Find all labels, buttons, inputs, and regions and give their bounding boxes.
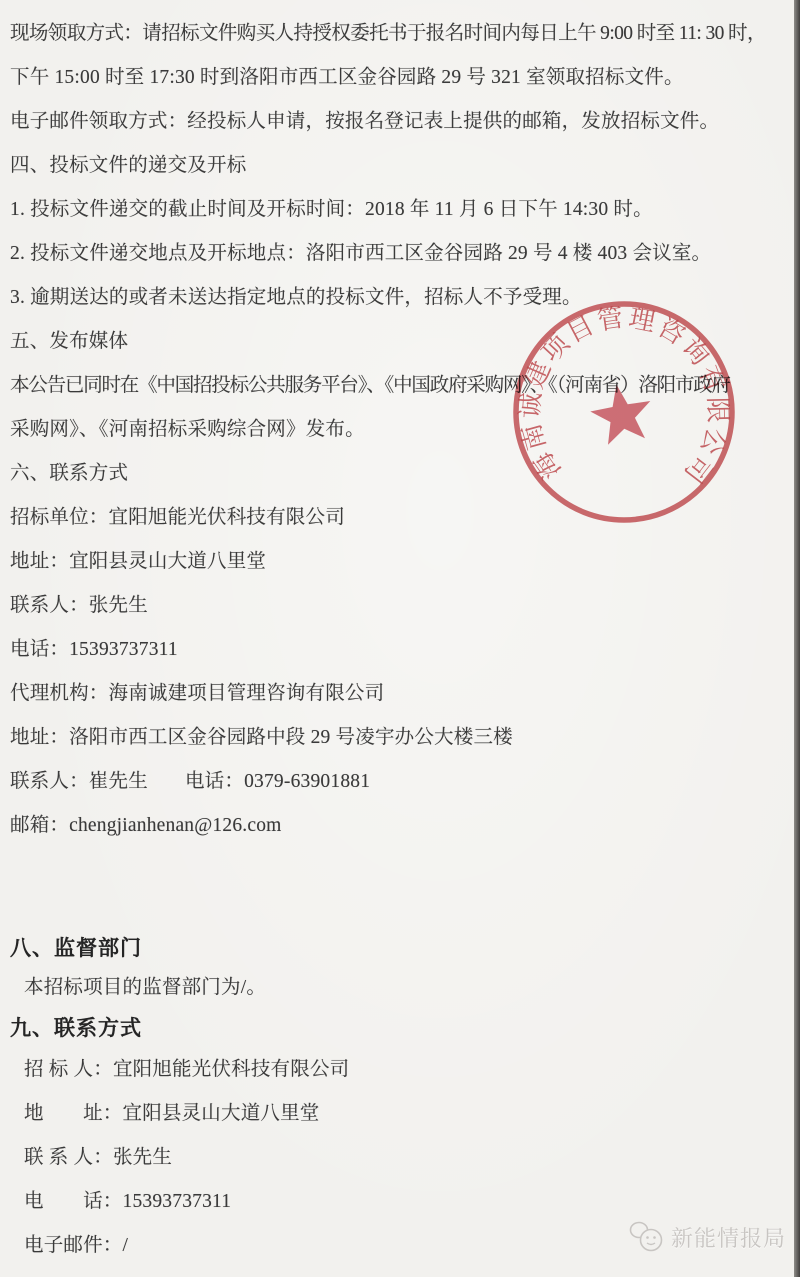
bidder-address-row: 地 址：宜阳县灵山大道八里堂 [24,1092,800,1136]
onsite-collection-line2: 下午 15:00 时至 17:30 时到洛阳市西工区金谷园路 29 号 321 … [10,56,800,100]
watermark-label: 新能情报局 [671,1222,786,1253]
xinneng-logo-icon [628,1220,666,1254]
section5-heading: 五、发布媒体 [10,320,800,364]
tender-address-row: 地址：宜阳县灵山大道八里堂 [10,540,800,584]
section5-body-line2: 采购网》、《河南招标采购综合网》发布。 [10,408,800,452]
bidder-contact-row: 联 系 人：张先生 [24,1136,800,1180]
agency-name-row: 代理机构：海南诚建项目管理咨询有限公司 [10,672,800,716]
agency-phone-label: 电话：0379-63901881 [185,771,370,792]
bidder-phone-row: 电 话：15393737311 [24,1180,800,1224]
section4-item-2: 2. 投标文件递交地点及开标地点：洛阳市西工区金谷园路 29 号 4 楼 403… [10,232,800,276]
agency-contact-phone-row: 联系人：崔先生 电话：0379-63901881 [10,760,800,804]
section6-heading: 六、联系方式 [10,452,800,496]
agency-contact-label: 联系人：崔先生 [10,771,148,792]
section4-item-3: 3. 逾期送达的或者未送达指定地点的投标文件，招标人不予受理。 [10,276,800,320]
section5-body-line1: 本公告已同时在《中国招投标公共服务平台》、《中国政府采购网》、《（河南省）洛阳市… [10,364,800,408]
bidder-name-row: 招 标 人：宜阳旭能光伏科技有限公司 [24,1048,800,1092]
section8-heading: 八、监督部门 [10,928,800,968]
section4-item-1: 1. 投标文件递交的截止时间及开标时间：2018 年 11 月 6 日下午 14… [10,188,800,232]
section9-heading: 九、联系方式 [10,1008,800,1048]
section8-body: 本招标项目的监督部门为/。 [24,968,800,1008]
agency-address-row: 地址：洛阳市西工区金谷园路中段 29 号凌宇办公大楼三楼 [10,716,800,760]
onsite-collection-line1: 现场领取方式：请招标文件购买人持授权委托书于报名时间内每日上午 9:00 时至 … [10,12,800,56]
watermark: 新能情报局 [628,1220,786,1254]
tender-unit-row: 招标单位：宜阳旭能光伏科技有限公司 [10,496,800,540]
document-page: 现场领取方式：请招标文件购买人持授权委托书于报名时间内每日上午 9:00 时至 … [0,0,800,1277]
section4-heading: 四、投标文件的递交及开标 [10,144,800,188]
document-body: 现场领取方式：请招标文件购买人持授权委托书于报名时间内每日上午 9:00 时至 … [0,0,800,1268]
scan-edge-strip [794,0,800,1277]
agency-email-row: 邮箱：chengjianhenan@126.com [10,804,800,848]
email-collection-line: 电子邮件领取方式：经投标人申请，按报名登记表上提供的邮箱，发放招标文件。 [10,100,800,144]
tender-phone-row: 电话：15393737311 [10,628,800,672]
tender-contact-row: 联系人：张先生 [10,584,800,628]
